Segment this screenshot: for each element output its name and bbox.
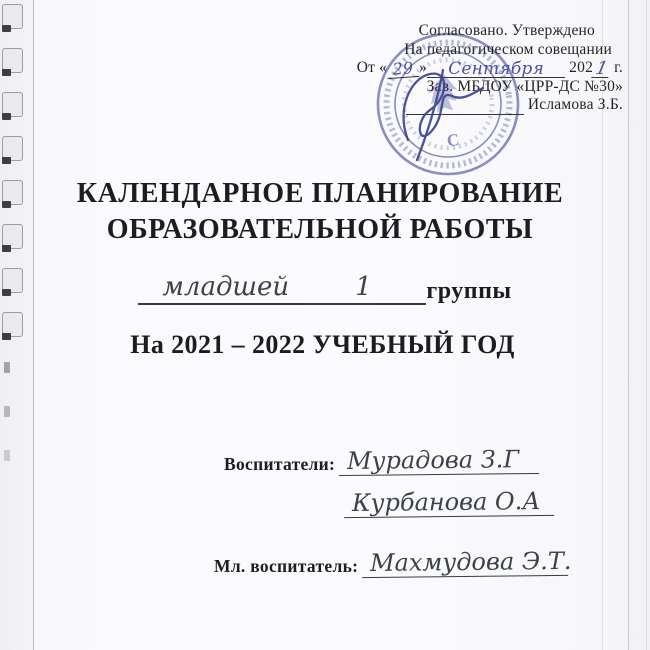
handwritten-educator-2: Курбанова О.А (344, 487, 554, 518)
handwritten-year-digit: 1 (591, 61, 612, 78)
page-edge-line (646, 0, 647, 650)
title-line-1: КАЛЕНДАРНОЕ ПЛАНИРОВАНИЕ (0, 176, 640, 212)
handwritten-educator-1: Мурадова З.Г (339, 445, 539, 476)
group-line: младшей1группы (0, 272, 650, 305)
approver-name: Исламова З.Б. (528, 96, 623, 113)
date-suffix: г. (610, 59, 623, 76)
junior-educator-row: Мл. воспитатель: Махмудова Э.Т. (214, 548, 568, 577)
approval-line-1: Согласовано. Утверждено (357, 22, 595, 41)
junior-educator-label: Мл. воспитатель: (214, 556, 358, 576)
educators-row: Воспитатели: Мурадова З.Г (224, 446, 539, 475)
educator-2-row: Курбанова О.А (344, 488, 554, 517)
signature-icon (386, 66, 496, 166)
date-prefix: От « (357, 59, 387, 76)
academic-year-line: На 2021 – 2022 УЧЕБНЫЙ ГОД (0, 330, 645, 360)
scanned-document-page: С Согласовано. Утверждено На педагогичес… (0, 0, 650, 650)
title-line-2: ОБРАЗОВАТЕЛЬНОЙ РАБОТЫ (0, 212, 640, 248)
document-title: КАЛЕНДАРНОЕ ПЛАНИРОВАНИЕ ОБРАЗОВАТЕЛЬНОЙ… (0, 176, 640, 248)
group-blank-line: младшей1 (138, 272, 426, 305)
group-label: группы (426, 278, 511, 304)
handwritten-group: младшей1 (138, 272, 371, 302)
handwritten-group-number: 1 (355, 272, 372, 302)
handwritten-junior-educator: Махмудова Э.Т. (362, 547, 568, 578)
handwritten-group-type: младшей (162, 272, 289, 302)
approval-line-2: На педагогическом совещании (357, 41, 612, 60)
binding-edge (0, 0, 34, 650)
year-printed: 202 (569, 59, 593, 76)
page-edge-line (628, 0, 629, 650)
educators-label: Воспитатели: (224, 454, 335, 474)
